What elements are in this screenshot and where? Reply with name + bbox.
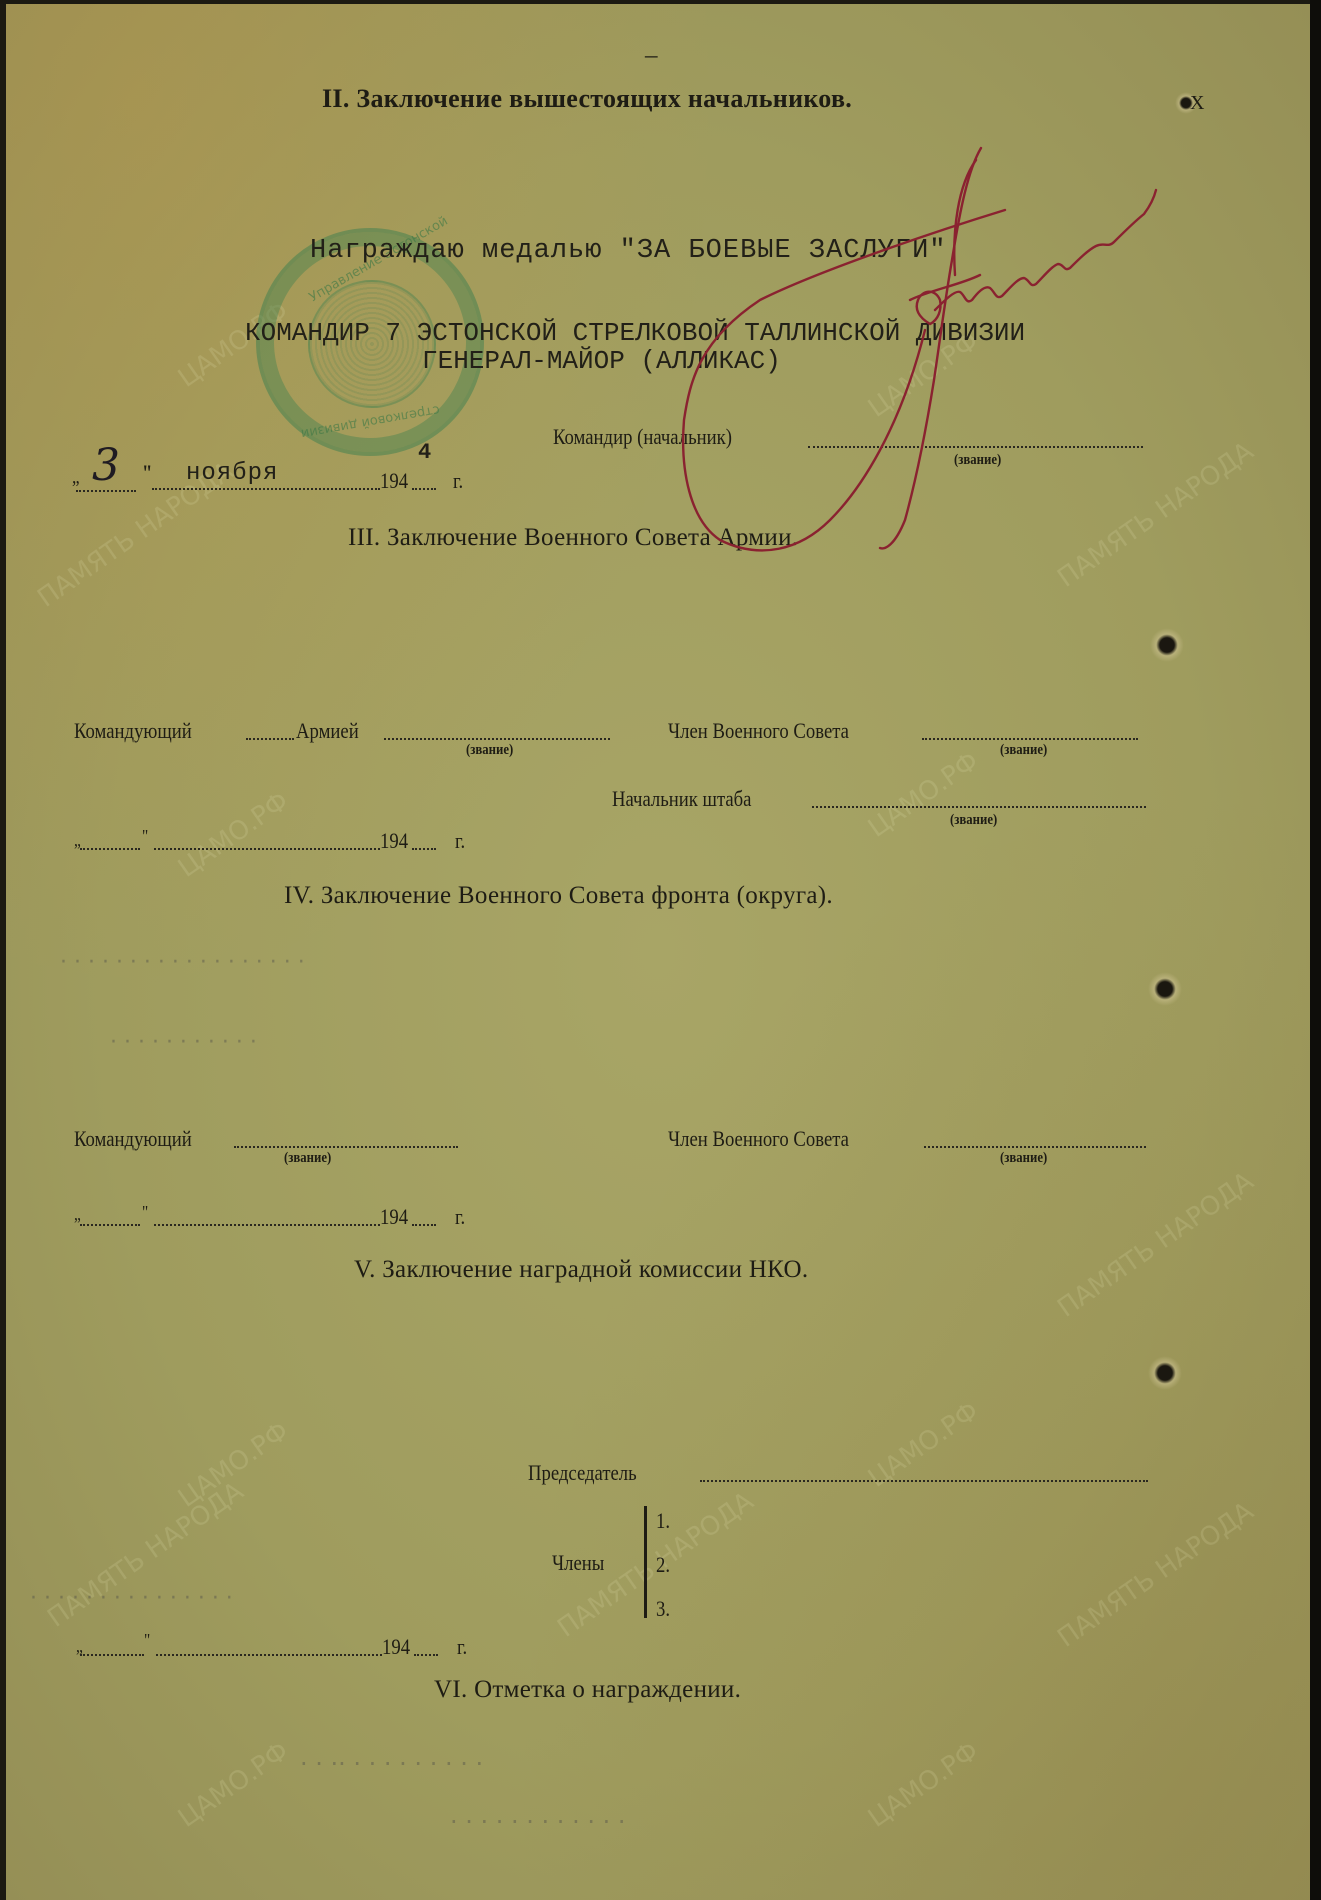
date-month-line: [156, 1654, 382, 1656]
member-2-number: 2.: [656, 1552, 670, 1578]
date-quote-close: ": [142, 1202, 148, 1223]
front-commander-line: [234, 1146, 458, 1148]
punch-hole: [1148, 972, 1182, 1006]
date-day-line: [80, 1654, 144, 1656]
date-day-line: [80, 848, 140, 850]
member-1-number: 1.: [656, 1508, 670, 1534]
date-year-prefix: 194: [380, 828, 408, 854]
army-commander-typed: Армией: [296, 718, 359, 744]
page-mark: –: [645, 42, 658, 70]
date-month: ноября: [186, 460, 278, 487]
date-day: 3: [92, 440, 120, 491]
faded-bleedthrough-text: · · · · · · · · · · · · · · ·: [30, 1586, 233, 1611]
date-year-digit: 4: [418, 440, 432, 465]
rank-caption: (звание): [954, 452, 1001, 469]
faded-bleedthrough-text: · · · · · · · · · · · ·: [450, 1808, 625, 1836]
army-commander-label: Командующий: [74, 718, 192, 744]
chief-of-staff-label: Начальник штаба: [612, 786, 751, 812]
date-suffix: г.: [455, 828, 465, 854]
date-year-prefix: 194: [382, 1634, 410, 1660]
typed-award-text: Награждаю медалью "ЗА БОЕВЫЕ ЗАСЛУГИ": [310, 236, 947, 266]
chairman-line: [700, 1480, 1148, 1482]
date-year-line: [414, 1654, 438, 1656]
army-commander-line-a: [246, 738, 294, 740]
members-bracket: [644, 1506, 647, 1618]
chief-of-staff-rank: (звание): [950, 812, 997, 829]
typed-commander-title: КОМАНДИР 7 ЭСТОНСКОЙ СТРЕЛКОВОЙ ТАЛЛИНСК…: [245, 318, 1025, 348]
date-quote-close: ": [144, 1630, 150, 1651]
front-council-member-label: Член Военного Совета: [668, 1126, 849, 1152]
commander-signature-line: [808, 446, 1143, 448]
date-quote-open: „: [72, 466, 80, 489]
date-year-line: [412, 1224, 436, 1226]
faded-bleedthrough-text: · · ·· · · · · · · · · ·: [300, 1750, 483, 1778]
council-member-line: [922, 738, 1138, 740]
army-commander-line-b: [384, 738, 610, 740]
date-quote-open: „: [74, 1204, 81, 1225]
corner-mark: Х: [1190, 92, 1205, 115]
faded-bleedthrough-text: · · · · · · · · · · ·: [110, 1030, 257, 1055]
council-member-label: Член Военного Совета: [668, 718, 849, 744]
section-2-title: II. Заключение вышестоящих начальников.: [322, 84, 852, 114]
section-6-title: VI. Отметка о награждении.: [434, 1676, 741, 1704]
army-commander-rank: (звание): [466, 742, 513, 759]
date-year-line: [412, 848, 436, 850]
punch-hole: [1150, 628, 1184, 662]
faded-bleedthrough-text: · · · · · · · · · · · · · · · · · ·: [60, 950, 305, 975]
page-edge-shadow: [1310, 0, 1321, 1900]
front-commander-label: Командующий: [74, 1126, 192, 1152]
date-year-line: [412, 488, 436, 490]
member-3-number: 3.: [656, 1596, 670, 1622]
date-month-line: [152, 488, 380, 490]
chairman-label: Председатель: [528, 1460, 637, 1486]
date-day-line: [80, 1224, 140, 1226]
section-3-title: III. Заключение Военного Совета Армии.: [348, 524, 798, 552]
members-label: Члены: [552, 1550, 604, 1576]
date-year-prefix: 194: [380, 468, 408, 494]
date-suffix: г.: [453, 468, 463, 494]
typed-commander-name: ГЕНЕРАЛ-МАЙОР (АЛЛИКАС): [422, 346, 781, 376]
front-council-member-rank: (звание): [1000, 1150, 1047, 1167]
front-council-member-line: [924, 1146, 1146, 1148]
date-suffix: г.: [457, 1634, 467, 1660]
section-4-title: IV. Заключение Военного Совета фронта (о…: [284, 882, 833, 910]
date-suffix: г.: [455, 1204, 465, 1230]
date-month-line: [154, 848, 380, 850]
front-commander-rank: (звание): [284, 1150, 331, 1167]
council-member-rank: (звание): [1000, 742, 1047, 759]
date-quote-close: ": [142, 826, 148, 847]
chief-of-staff-line: [812, 806, 1146, 808]
date-quote-close: ": [142, 460, 152, 486]
punch-hole: [1148, 1356, 1182, 1390]
date-month-line: [154, 1224, 380, 1226]
date-year-prefix: 194: [380, 1204, 408, 1230]
section-5-title: V. Заключение наградной комиссии НКО.: [354, 1256, 808, 1284]
commander-label: Командир (начальник): [553, 424, 732, 450]
